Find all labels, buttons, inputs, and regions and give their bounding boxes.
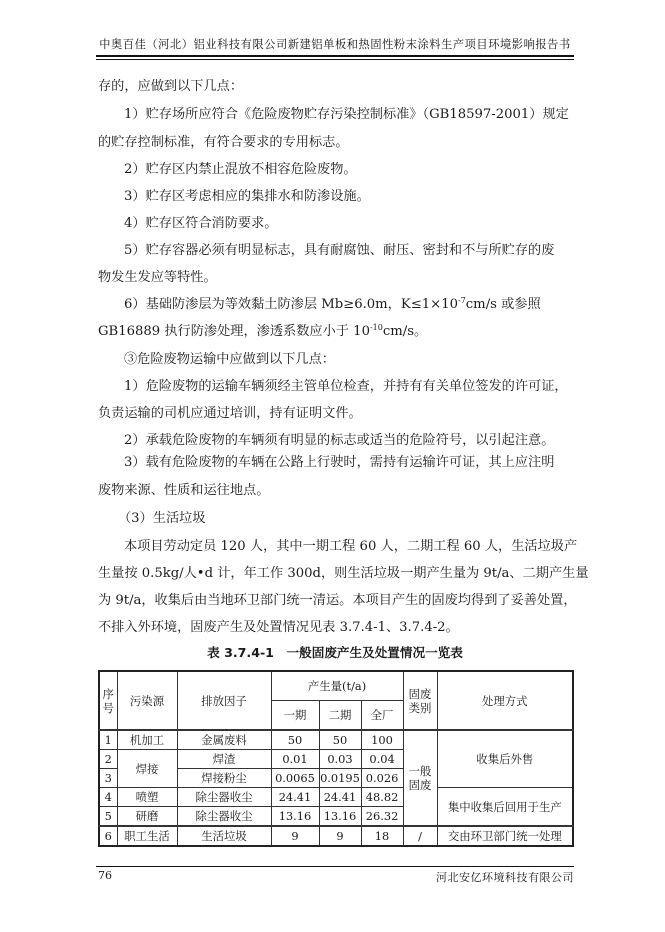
body-line: 废物来源、性质和运往地点。	[98, 483, 572, 499]
cell-source: 机加工	[117, 730, 177, 750]
cell-phase2: 50	[319, 730, 361, 750]
cell-phase2: 0.0195	[319, 769, 361, 788]
body-line: 为 9t/a，收集后由当地环卫部门统一清运。本项目产生的固废均得到了妥善处置，	[98, 593, 572, 609]
body-line: 4）贮存区符合消防要求。	[124, 216, 598, 232]
cell-seq: 6	[99, 826, 117, 846]
cell-phase1: 50	[271, 730, 319, 750]
cell-phase2: 13.16	[319, 807, 361, 827]
cell-factor: 除尘器收尘	[177, 788, 271, 807]
cell-phase2: 9	[319, 826, 361, 846]
solid-waste-table: 序号 污染源 排放因子 产生量(t/a) 固废类别 处理方式 一期 二期 全厂 …	[98, 670, 574, 847]
table-row: 1 机加工 金属废料 50 50 100 一般固废 收集后外售	[99, 730, 573, 750]
header-amount: 产生量(t/a)	[271, 671, 403, 701]
cell-factor: 焊接粉尘	[177, 769, 271, 788]
cell-factor: 焊渣	[177, 750, 271, 769]
seepage-text: GB16889 执行防渗处理，渗透系数应小于 10	[98, 324, 370, 339]
cell-disposal-sell: 收集后外售	[437, 730, 573, 788]
seepage-text: cm/s 或参照	[466, 297, 541, 312]
section-heading: （3）生活垃圾	[118, 511, 592, 527]
cell-disposal-reuse: 集中收集后回用于生产	[437, 788, 573, 827]
header-source: 污染源	[117, 671, 177, 730]
header-phase2: 二期	[319, 701, 361, 731]
cell-source: 喷塑	[117, 788, 177, 807]
page-number: 76	[98, 869, 112, 882]
document-header-title: 中奥百佳（河北）铝业科技有限公司新建铝单板和热固性粉末涂料生产项目环境影响报告书	[96, 36, 574, 52]
cell-disposal-sanitation: 交由环卫部门统一处理	[437, 826, 573, 846]
seepage-text: cm/s。	[383, 324, 427, 339]
cell-seq: 1	[99, 730, 117, 750]
header-total: 全厂	[361, 701, 403, 731]
cell-total: 48.82	[361, 788, 403, 807]
body-line: 3）载有危险废物的车辆在公路上行驶时，需持有运输许可证，其上应注明	[124, 455, 598, 471]
cell-phase1: 9	[271, 826, 319, 846]
cell-total: 18	[361, 826, 403, 846]
body-line: 的贮存控制标准，有符合要求的专用标志。	[98, 135, 572, 151]
cell-phase1: 0.01	[271, 750, 319, 769]
header-phase1: 一期	[271, 701, 319, 731]
cell-phase1: 24.41	[271, 788, 319, 807]
exponent: -7	[458, 296, 466, 305]
body-line: 本项目劳动定员 120 人，其中一期工程 60 人，二期工程 60 人，生活垃圾…	[124, 539, 598, 555]
cell-seq: 5	[99, 807, 117, 827]
cell-source: 焊接	[117, 750, 177, 788]
body-line: 5）贮存容器必须有明显标志，具有耐腐蚀、耐压、密封和不与所贮存的废	[124, 243, 598, 259]
cell-total: 0.026	[361, 769, 403, 788]
seepage-line-2: GB16889 执行防渗处理，渗透系数应小于 10-10cm/s。	[98, 324, 572, 340]
body-line: 生量按 0.5kg/人•d 计，年工作 300d，则生活垃圾一期产生量为 9t/…	[98, 566, 572, 582]
cell-total: 26.32	[361, 807, 403, 827]
table-row: 4 喷塑 除尘器收尘 24.41 24.41 48.82 集中收集后回用于生产	[99, 788, 573, 807]
cell-total: 0.04	[361, 750, 403, 769]
cell-source: 职工生活	[117, 826, 177, 846]
header-rule	[96, 55, 574, 60]
cell-source: 研磨	[117, 807, 177, 827]
seepage-line-1: 6）基础防渗层为等效黏土防渗层 Mb≥6.0m，K≤1×10-7cm/s 或参照	[124, 297, 598, 313]
body-line: 物发生发应等特性。	[98, 270, 572, 286]
header-disposal: 处理方式	[437, 671, 573, 730]
cell-category-general: 一般固废	[403, 730, 437, 826]
body-line: 1）贮存场所应符合《危险废物贮存污染控制标准》（GB18597-2001）规定	[124, 107, 598, 123]
body-line: 1）危险废物的运输车辆须经主管单位检查，并持有有关单位签发的许可证，	[124, 379, 598, 395]
cell-seq: 3	[99, 769, 117, 788]
cell-phase2: 0.03	[319, 750, 361, 769]
footer-rule	[96, 866, 574, 867]
footer-company: 河北安亿环境科技有限公司	[400, 869, 574, 885]
cell-phase1: 13.16	[271, 807, 319, 827]
body-line: 2）贮存区内禁止混放不相容危险废物。	[124, 162, 598, 178]
cell-total: 100	[361, 730, 403, 750]
body-line: 3）贮存区考虑相应的集排水和防渗设施。	[124, 189, 598, 205]
table-row: 6 职工生活 生活垃圾 9 9 18 / 交由环卫部门统一处理	[99, 826, 573, 846]
cell-category-none: /	[403, 826, 437, 846]
table-header-row: 序号 污染源 排放因子 产生量(t/a) 固废类别 处理方式	[99, 671, 573, 701]
cell-factor: 金属废料	[177, 730, 271, 750]
body-line: 存的，应做到以下几点：	[98, 79, 572, 95]
header-category: 固废类别	[403, 671, 437, 730]
body-line: ③危险废物运输中应做到以下几点：	[124, 352, 598, 368]
seepage-text: 6）基础防渗层为等效黏土防渗层 Mb≥6.0m，K≤1×10	[124, 297, 458, 312]
exponent: -10	[370, 323, 383, 332]
body-line: 不排入外环境，固废产生及处置情况见表 3.7.4-1、3.7.4-2。	[98, 620, 572, 636]
header-factor: 排放因子	[177, 671, 271, 730]
body-line: 2）承载危险废物的车辆须有明显的标志或适当的危险符号，以引起注意。	[124, 433, 598, 449]
header-seq: 序号	[99, 671, 117, 730]
cell-seq: 4	[99, 788, 117, 807]
table-caption: 表 3.7.4-1 一般固废产生及处置情况一览表	[96, 642, 574, 661]
cell-seq: 2	[99, 750, 117, 769]
cell-phase2: 24.41	[319, 788, 361, 807]
body-line: 负责运输的司机应通过培训，持有证明文件。	[98, 406, 572, 422]
cell-factor: 生活垃圾	[177, 826, 271, 846]
cell-phase1: 0.0065	[271, 769, 319, 788]
cell-factor: 除尘器收尘	[177, 807, 271, 827]
